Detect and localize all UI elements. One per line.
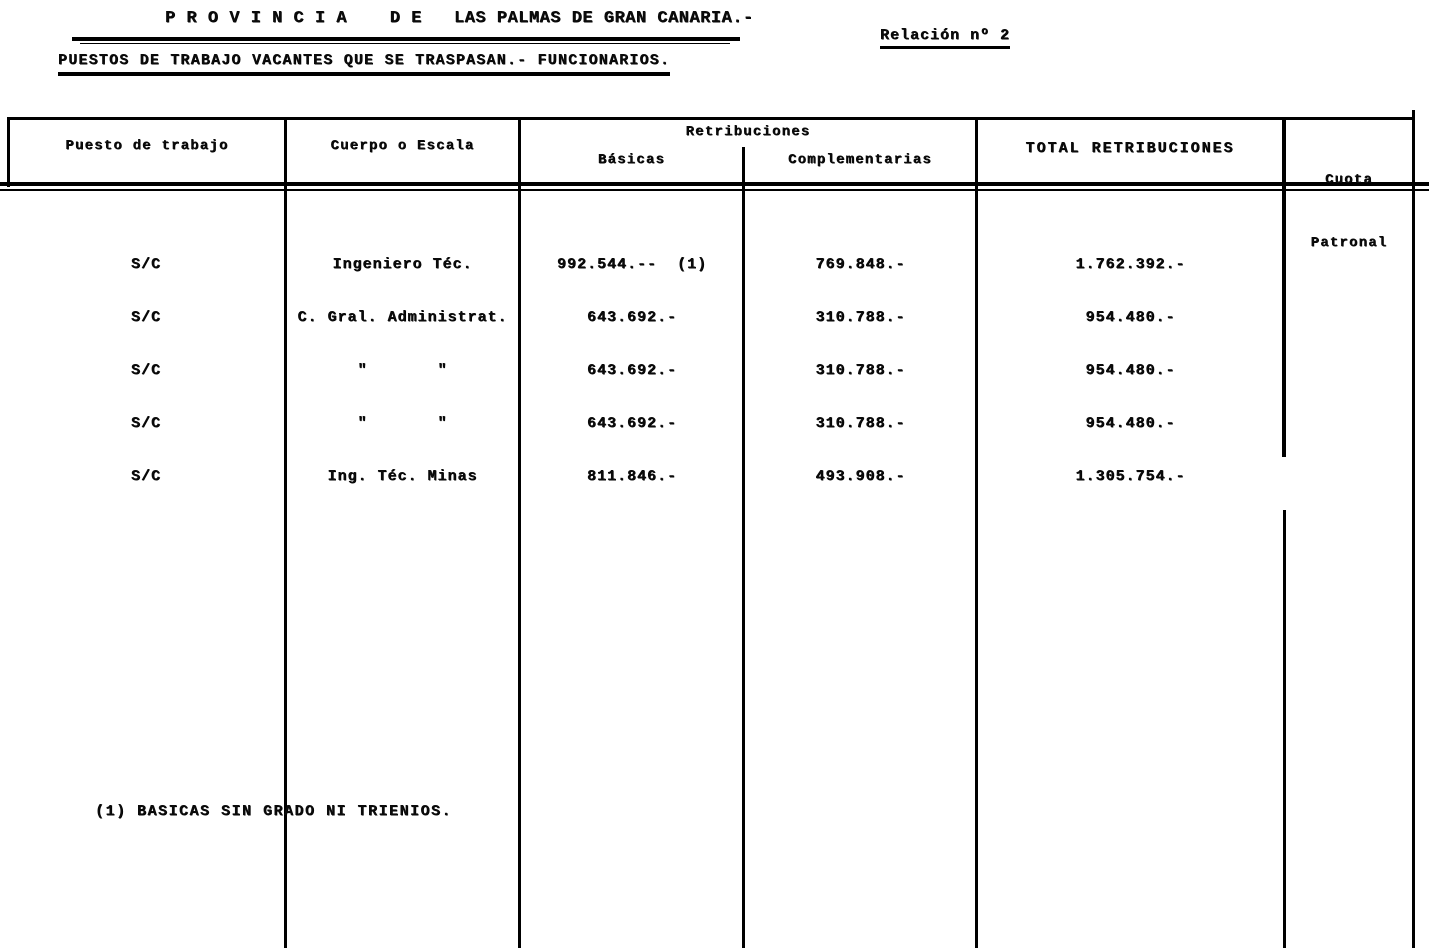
- cell-basicas: 992.544.-- (1): [520, 256, 744, 273]
- cuota-header-line1: Cuota: [1286, 170, 1412, 191]
- cell-complementarias: 493.908.-: [744, 468, 977, 485]
- cell-basicas: 643.692.-: [520, 309, 744, 326]
- table-row: S/C " " 643.692.- 310.788.- 954.480.-: [7, 344, 1415, 397]
- cell-complementarias: 310.788.-: [744, 415, 977, 432]
- cell-puesto: S/C: [7, 468, 285, 485]
- column-divider-total-cuota-lower: [1283, 510, 1286, 948]
- cell-puesto: S/C: [7, 415, 285, 432]
- cell-total: 1.762.392.-: [977, 256, 1284, 273]
- footnote: (1) BASICAS SIN GRADO NI TRIENIOS.: [95, 803, 452, 820]
- cell-basicas: 643.692.-: [520, 362, 744, 379]
- cell-complementarias: 310.788.-: [744, 362, 977, 379]
- cell-complementarias: 310.788.-: [744, 309, 977, 326]
- table-row: S/C C. Gral. Administrat. 643.692.- 310.…: [7, 291, 1415, 344]
- table-row: S/C " " 643.692.- 310.788.- 954.480.-: [7, 397, 1415, 450]
- table-body: S/C Ingeniero Téc. 992.544.-- (1) 769.84…: [7, 238, 1415, 503]
- cell-puesto: S/C: [7, 362, 285, 379]
- column-header-puesto: Puesto de trabajo: [10, 138, 284, 154]
- cell-puesto: S/C: [7, 256, 285, 273]
- column-header-cuerpo: Cuerpo o Escala: [287, 138, 518, 154]
- cell-complementarias: 769.848.-: [744, 256, 977, 273]
- column-group-header-retribuciones: Retribuciones: [521, 124, 975, 140]
- scanned-document-page: { "page": { "title": "P R O V I N C I A …: [0, 0, 1429, 948]
- header-separator-thin: [0, 189, 1429, 191]
- column-header-total: TOTAL RETRIBUCIONES: [978, 140, 1282, 157]
- cell-cuerpo: C. Gral. Administrat.: [285, 309, 520, 326]
- table-top-border: [7, 117, 1415, 120]
- cell-cuerpo: " ": [285, 362, 520, 379]
- cell-total: 954.480.-: [977, 362, 1284, 379]
- cell-basicas: 811.846.-: [520, 468, 744, 485]
- cell-total: 954.480.-: [977, 309, 1284, 326]
- page-subtitle: PUESTOS DE TRABAJO VACANTES QUE SE TRASP…: [58, 52, 670, 76]
- cell-puesto: S/C: [7, 309, 285, 326]
- relation-number-label: Relación nº 2: [880, 27, 1010, 49]
- table-row: S/C Ingeniero Téc. 992.544.-- (1) 769.84…: [7, 238, 1415, 291]
- cell-basicas: 643.692.-: [520, 415, 744, 432]
- title-underline: [72, 37, 740, 41]
- title-underline-thin: [80, 43, 730, 44]
- cell-total: 1.305.754.-: [977, 468, 1284, 485]
- cell-cuerpo: Ing. Téc. Minas: [285, 468, 520, 485]
- cell-cuerpo: Ingeniero Téc.: [285, 256, 520, 273]
- cell-cuerpo: " ": [285, 415, 520, 432]
- header-separator-thick: [0, 182, 1429, 186]
- cell-total: 954.480.-: [977, 415, 1284, 432]
- table-row: S/C Ing. Téc. Minas 811.846.- 493.908.- …: [7, 450, 1415, 503]
- column-header-complementarias: Complementarias: [745, 152, 975, 168]
- column-header-basicas: Básicas: [521, 152, 742, 168]
- table-right-border: [1412, 110, 1415, 948]
- page-title: P R O V I N C I A D E LAS PALMAS DE GRAN…: [165, 9, 754, 28]
